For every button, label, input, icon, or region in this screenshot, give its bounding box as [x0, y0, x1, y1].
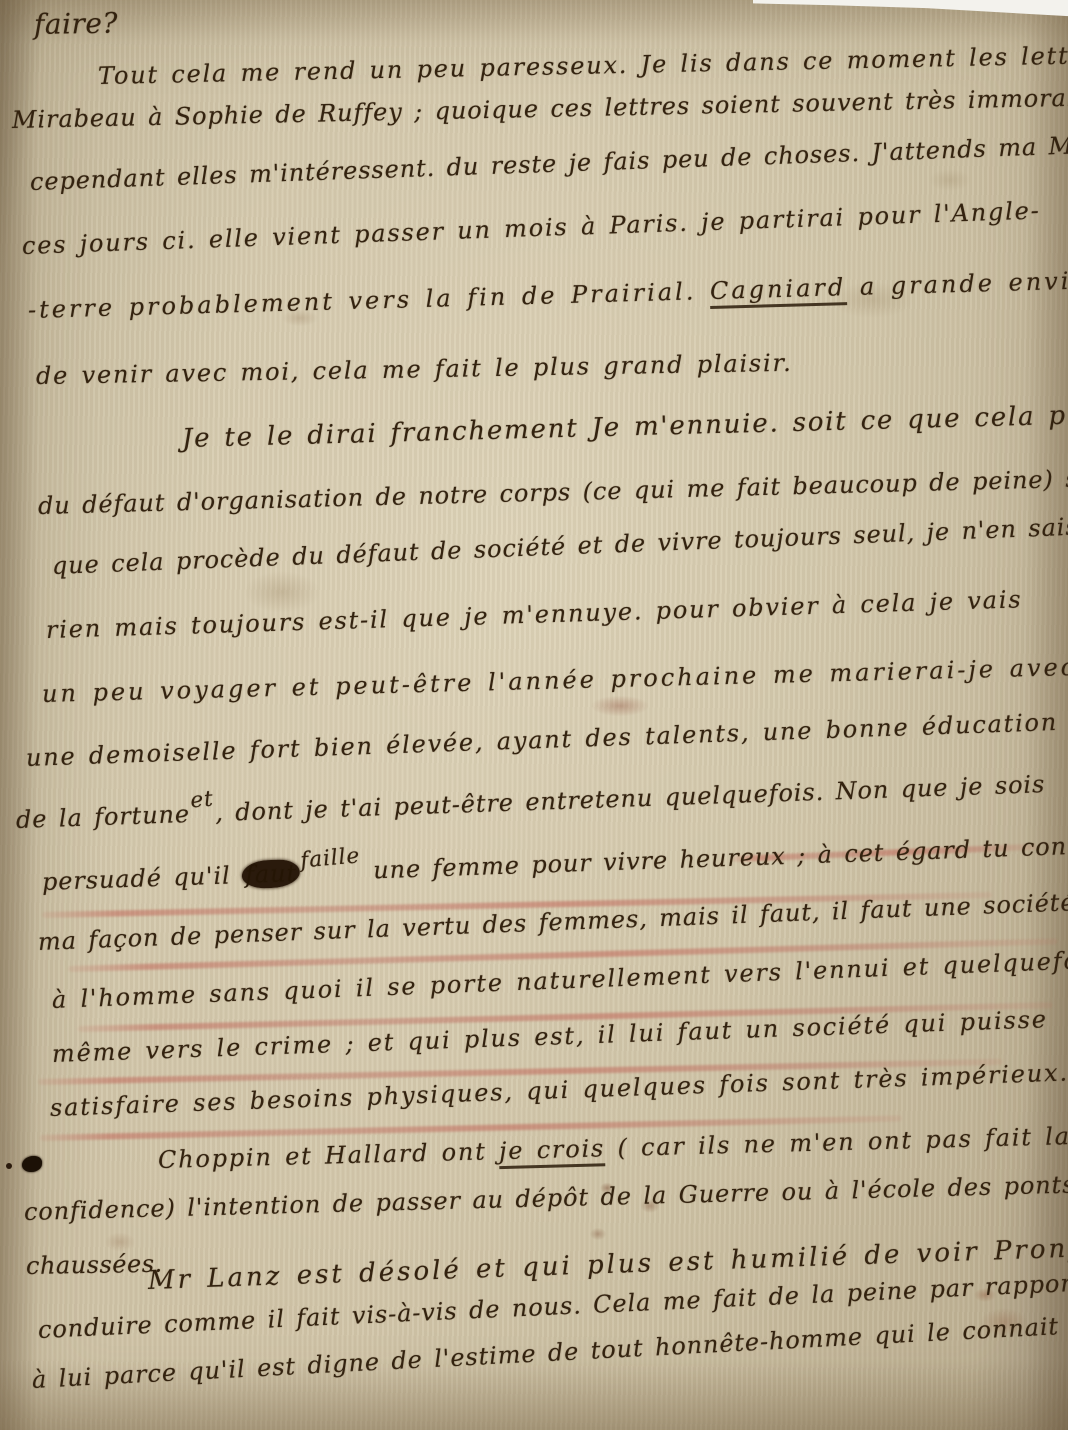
line-text: une demoiselle fort bien élevée, ayant d…	[26, 707, 1068, 772]
line-text: persuadé qu'il	[42, 861, 243, 896]
letter-line: du défaut d'organisation de notre corps …	[38, 464, 1068, 520]
letter-line: de venir avec moi, cela me fait le plus …	[36, 349, 793, 390]
line-text: du défaut d'organisation de notre corps …	[38, 464, 1068, 520]
letter-line: chaussées.	[26, 1250, 163, 1280]
letter-page: faire? Tout cela me rend un peu paresseu…	[0, 0, 1068, 1430]
line-text: un peu voyager et peut-être l'année proc…	[42, 653, 1068, 708]
letter-line: Je te le dirai franchement Je m'ennuie. …	[182, 397, 1068, 454]
letter-line: confidence) l'intention de passer au dép…	[24, 1170, 1068, 1226]
line-text: a grande envie	[846, 266, 1068, 301]
line-text: Mirabeau à Sophie de Ruffey ; quoique ce…	[12, 83, 1068, 134]
letter-line: Tout cela me rend un peu paresseux. Je l…	[98, 40, 1068, 90]
ink-blot	[22, 1156, 42, 1172]
underlined-phrase-je-crois: je crois	[499, 1134, 606, 1169]
line-text: que cela procède du défaut de société et…	[51, 513, 1068, 580]
line-text: chaussées.	[26, 1250, 163, 1280]
line-text: une femme pour vivre heureux ; à cet éga…	[361, 830, 1068, 884]
letter-line: faire?	[34, 7, 119, 41]
line-text: , dont je t'ai peut-être entretenu quelq…	[215, 770, 1046, 827]
underlined-name-cagniard: Cagniard	[710, 273, 847, 309]
line-text: ces jours ci. elle vient passer un mois …	[22, 196, 1041, 260]
letter-line: persuadé qu'il fautfaille une femme pour…	[42, 830, 1068, 896]
photo-background-corner	[753, 0, 1068, 17]
letter-line: ces jours ci. elle vient passer un mois …	[22, 196, 1041, 260]
line-text: Tout cela me rend un peu paresseux. Je l…	[98, 40, 1068, 90]
line-text: de la fortune	[16, 800, 191, 834]
inserted-word: et	[189, 787, 214, 814]
ink-blot	[6, 1163, 12, 1169]
letter-line: de la fortuneet, dont je t'ai peut-être …	[16, 770, 1046, 834]
letter-line: -terre probablement vers la fin de Prair…	[28, 266, 1068, 324]
line-text: rien mais toujours est-il que je m'ennuy…	[46, 585, 1023, 644]
letter-line: un peu voyager et peut-être l'année proc…	[42, 653, 1068, 708]
letter-line: une demoiselle fort bien élevée, ayant d…	[26, 707, 1068, 772]
line-text: confidence) l'intention de passer au dép…	[24, 1170, 1068, 1226]
line-text: de venir avec moi, cela me fait le plus …	[36, 349, 793, 390]
line-text: -terre probablement vers la fin de Prair…	[28, 277, 711, 324]
line-text: Je te le dirai franchement Je m'ennuie. …	[182, 397, 1068, 454]
blotted-out-word: faut	[242, 859, 301, 889]
inserted-correction-word: faille	[300, 843, 362, 873]
line-text: Choppin et Hallard ont	[158, 1137, 500, 1174]
letter-line: cependant elles m'intéressent. du reste …	[30, 130, 1068, 196]
line-text: faire?	[34, 7, 119, 41]
letter-line: que cela procède du défaut de société et…	[51, 513, 1068, 580]
line-text: ( car ils ne m'en ont pas fait la	[605, 1122, 1068, 1162]
letter-line: Mirabeau à Sophie de Ruffey ; quoique ce…	[12, 83, 1068, 134]
line-text: cependant elles m'intéressent. du reste …	[30, 130, 1068, 196]
letter-line: rien mais toujours est-il que je m'ennuy…	[46, 585, 1023, 644]
